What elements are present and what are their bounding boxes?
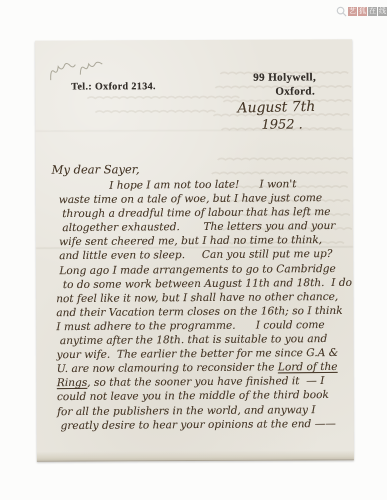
letterhead-telephone: Tel.: Oxford 2134. bbox=[71, 81, 156, 92]
site-watermark: 艺 狐 在 线 bbox=[336, 6, 387, 17]
letterhead-address-line2: Oxford. bbox=[275, 85, 315, 97]
letter-salutation: My dear Sayer, bbox=[52, 162, 140, 176]
paper-crease bbox=[35, 129, 352, 131]
letter-line: greatly desire to hear your opinions at … bbox=[57, 416, 355, 432]
letter-body: I hope I am not too late! I won't waste … bbox=[55, 177, 355, 433]
letter-date-day: August 7th bbox=[237, 99, 315, 117]
magnifier-icon bbox=[336, 6, 347, 17]
photo-background: 艺 狐 在 线 Tel.: Oxford 2134. 99 Holywell, … bbox=[0, 0, 387, 500]
letter-paper: Tel.: Oxford 2134. 99 Holywell, Oxford. … bbox=[35, 39, 354, 461]
watermark-char: 狐 bbox=[358, 7, 367, 16]
watermark-char: 线 bbox=[378, 7, 387, 16]
watermark-char: 艺 bbox=[348, 7, 357, 16]
letterhead-address-line1: 99 Holywell, bbox=[253, 71, 316, 83]
letter-date-year: 1952 . bbox=[261, 118, 302, 133]
watermark-char: 在 bbox=[368, 7, 377, 16]
paper-bottom-edge bbox=[37, 450, 354, 461]
